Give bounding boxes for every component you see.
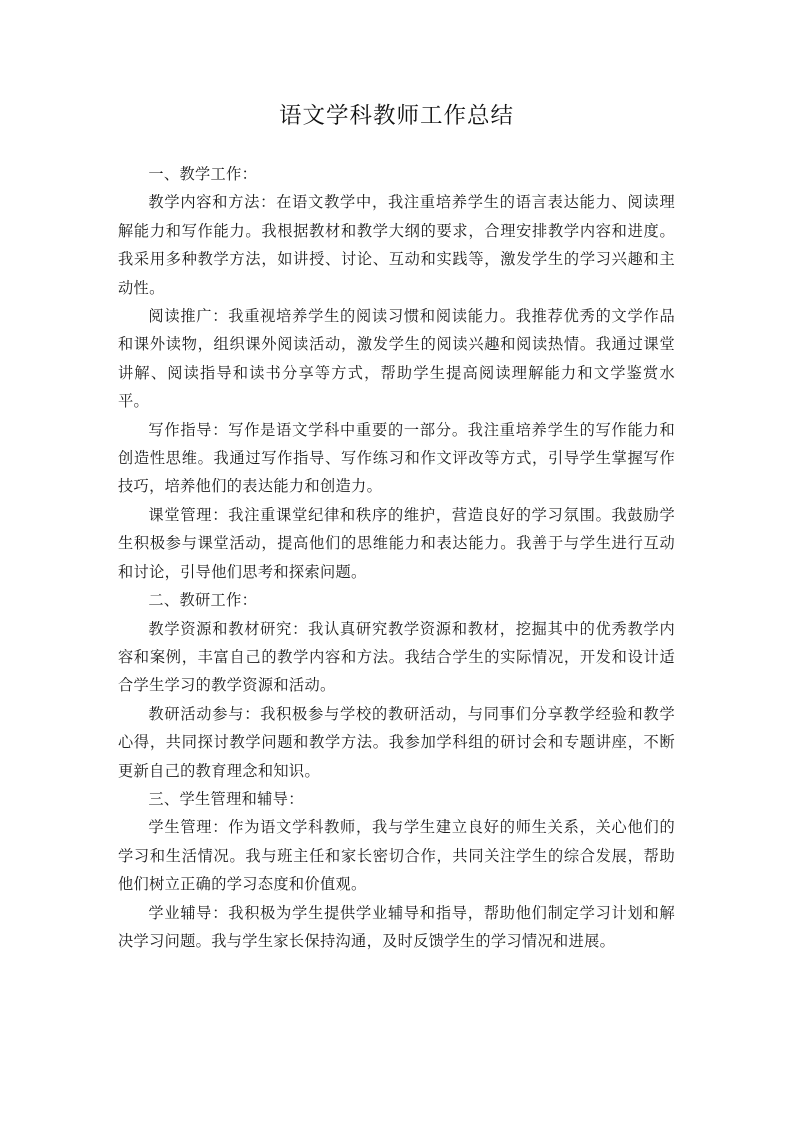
section-heading-student-management: 三、学生管理和辅导： <box>118 785 675 813</box>
paragraph-student-management: 学生管理：作为语文学科教师，我与学生建立良好的师生关系，关心他们的学习和生活情况… <box>118 813 675 898</box>
paragraph-teaching-resources: 教学资源和教材研究：我认真研究教学资源和教材，挖掘其中的优秀教学内容和案例，丰富… <box>118 615 675 700</box>
document-title: 语文学科教师工作总结 <box>118 100 675 132</box>
paragraph-teaching-methods: 教学内容和方法：在语文教学中，我注重培养学生的语言表达能力、阅读理解能力和写作能… <box>118 188 675 302</box>
paragraph-research-activities: 教研活动参与：我积极参与学校的教研活动，与同事们分享教学经验和教学心得，共同探讨… <box>118 700 675 785</box>
section-heading-research: 二、教研工作： <box>118 586 675 614</box>
document-body: 一、教学工作： 教学内容和方法：在语文教学中，我注重培养学生的语言表达能力、阅读… <box>118 160 675 955</box>
paragraph-reading-promotion: 阅读推广：我重视培养学生的阅读习惯和阅读能力。我推荐优秀的文学作品和课外读物，组… <box>118 302 675 416</box>
paragraph-writing-guidance: 写作指导：写作是语文学科中重要的一部分。我注重培养学生的写作能力和创造性思维。我… <box>118 416 675 501</box>
paragraph-academic-tutoring: 学业辅导：我积极为学生提供学业辅导和指导，帮助他们制定学习计划和解决学习问题。我… <box>118 899 675 956</box>
paragraph-classroom-management: 课堂管理：我注重课堂纪律和秩序的维护，营造良好的学习氛围。我鼓励学生积极参与课堂… <box>118 501 675 586</box>
section-heading-teaching: 一、教学工作： <box>118 160 675 188</box>
